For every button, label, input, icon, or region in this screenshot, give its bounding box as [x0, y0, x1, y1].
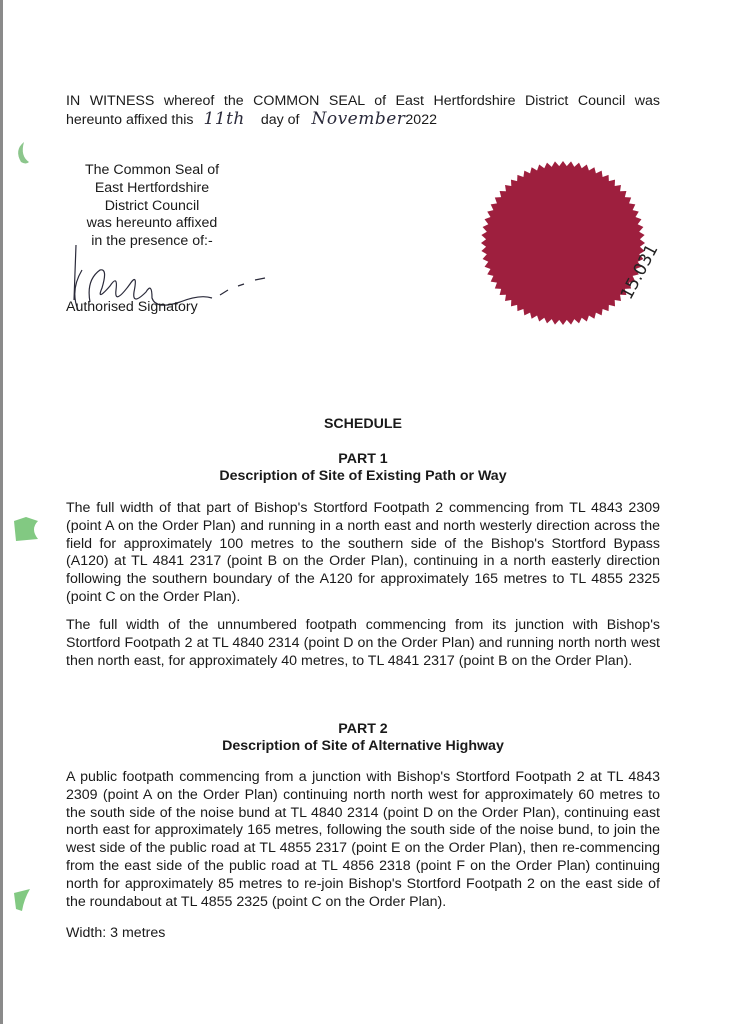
part1-subheading: Description of Site of Existing Path or … [66, 467, 660, 485]
schedule-title: SCHEDULE [66, 415, 660, 433]
signatory-label: Authorised Signatory [66, 299, 198, 315]
attestation-line: District Council [72, 198, 232, 216]
council-seal-icon [478, 158, 648, 328]
handwritten-month: November [311, 109, 405, 129]
part2-paragraph: A public footpath commencing from a junc… [66, 769, 660, 911]
part2-heading: PART 2 [66, 720, 660, 738]
witness-line-2: hereunto affixed this 11th day of Novemb… [66, 111, 660, 130]
witness-clause: IN WITNESS whereof the COMMON SEAL of Ea… [66, 93, 660, 130]
part1-paragraph-1: The full width of that part of Bishop's … [66, 500, 660, 607]
part1-paragraph-2: The full width of the unnumbered footpat… [66, 617, 660, 670]
part2-subheading: Description of Site of Alternative Highw… [66, 737, 660, 755]
page-edge [0, 0, 3, 1024]
handwritten-day: 11th [203, 109, 244, 129]
green-tab-mark-icon [12, 140, 32, 166]
green-tab-mark-icon [12, 885, 36, 915]
attestation-line: East Hertfordshire [72, 180, 232, 198]
seal-attestation-block: The Common Seal of East Hertfordshire Di… [72, 162, 232, 251]
path-width: Width: 3 metres [66, 925, 660, 943]
attestation-line: The Common Seal of [72, 162, 232, 180]
attestation-line: was hereunto affixed [72, 215, 232, 233]
green-tab-mark-icon [12, 515, 42, 545]
part1-heading: PART 1 [66, 450, 660, 468]
